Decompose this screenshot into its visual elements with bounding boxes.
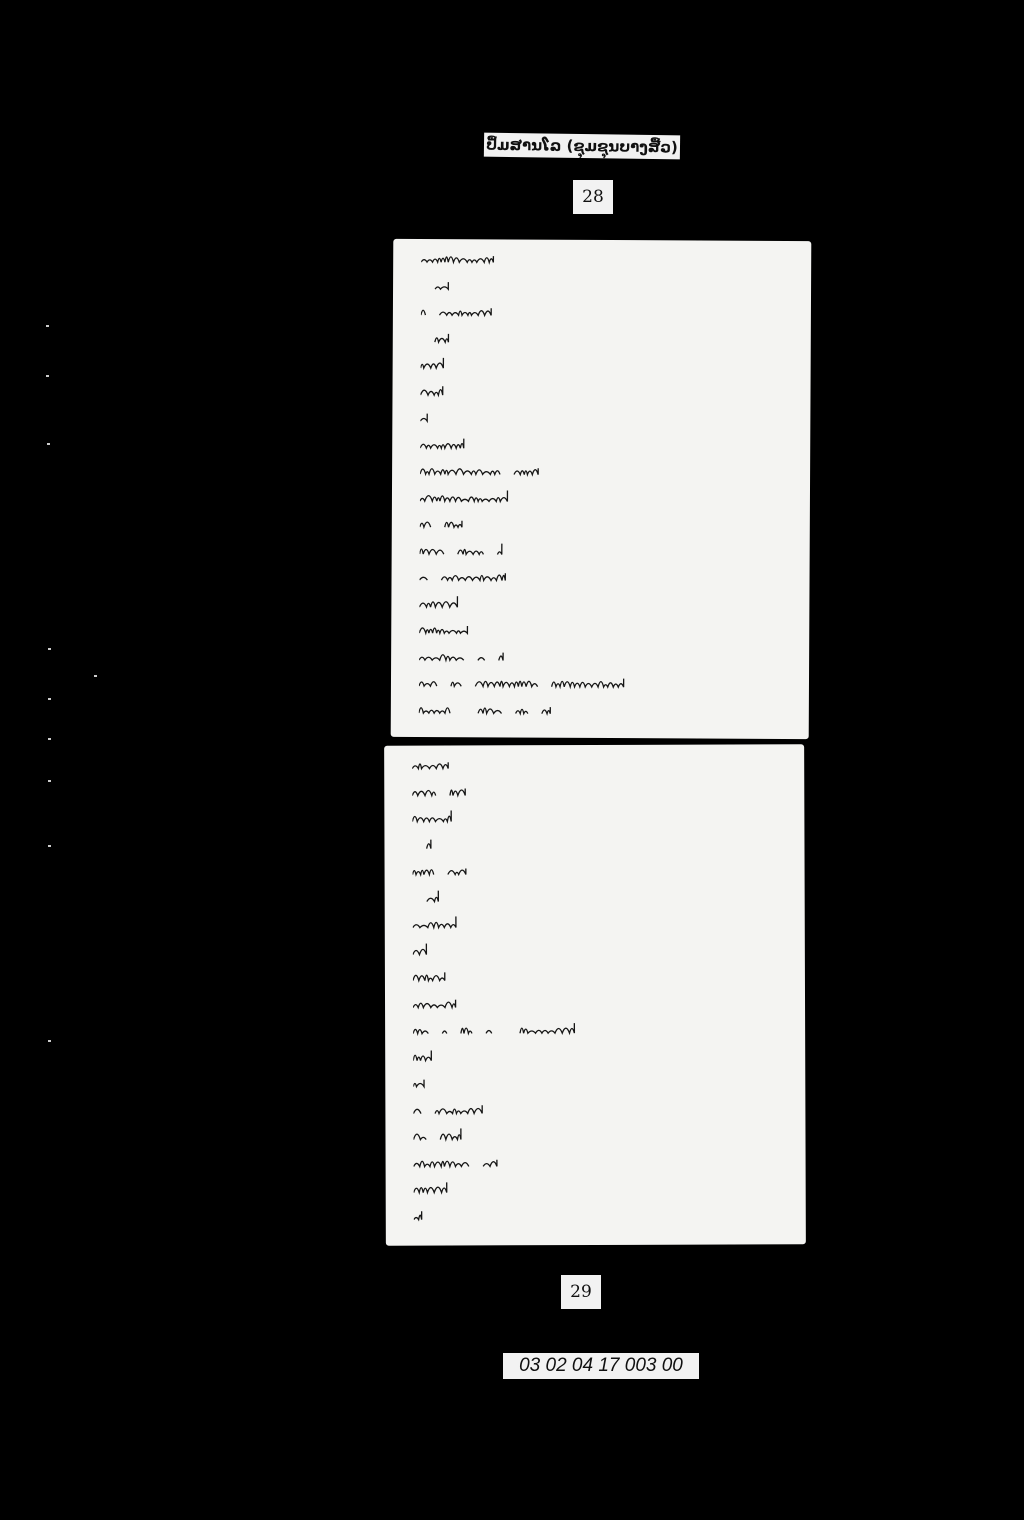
manuscript-text-line — [419, 659, 791, 663]
manuscript-text-line — [413, 1031, 787, 1034]
page-number-top: 28 — [573, 180, 613, 214]
manuscript-text-line — [413, 872, 787, 875]
manuscript-text-line — [413, 1058, 787, 1061]
manuscript-text-line — [420, 526, 792, 530]
manuscript-text-line — [414, 1164, 788, 1167]
manuscript-leaf-bottom — [384, 744, 806, 1245]
manuscript-text-line — [414, 1137, 788, 1140]
manuscript-text-line — [421, 341, 793, 345]
manuscript-text-line — [412, 793, 786, 796]
manuscript-text-line — [413, 1111, 787, 1114]
manuscript-text-line — [412, 819, 786, 822]
manuscript-text-line — [420, 447, 792, 451]
manuscript-text-line — [414, 1217, 788, 1220]
manuscript-text-line — [413, 925, 787, 928]
manuscript-text-line — [420, 500, 792, 504]
manuscript-text-line — [421, 367, 793, 371]
manuscript-title-label: ປຶ້ມສານໂລ (ຊຸມຊຸນບາງສື້ວ) — [484, 133, 680, 160]
page-number-bottom: 29 — [561, 1275, 601, 1309]
manuscript-text-line — [413, 952, 787, 955]
manuscript-text-line — [413, 1005, 787, 1008]
manuscript-leaf-top — [391, 239, 812, 739]
manuscript-text-line — [413, 1084, 787, 1087]
manuscript-text-line — [412, 846, 786, 849]
manuscript-text-line — [420, 420, 792, 424]
manuscript-text-line — [421, 314, 793, 318]
reference-code-label: 03 02 04 17 003 00 — [503, 1353, 699, 1379]
manuscript-text-line — [421, 261, 793, 265]
manuscript-text-line — [419, 606, 791, 610]
manuscript-text-line — [420, 394, 792, 398]
manuscript-text-line — [419, 632, 791, 636]
manuscript-text-line — [420, 473, 792, 477]
manuscript-text-line — [413, 899, 787, 902]
manuscript-text-line — [419, 712, 791, 716]
manuscript-text-line — [412, 766, 786, 769]
manuscript-text-line — [414, 1190, 788, 1193]
manuscript-text-line — [420, 553, 792, 557]
manuscript-text-line — [413, 978, 787, 981]
manuscript-text-line — [421, 288, 793, 292]
manuscript-text-line — [420, 579, 792, 583]
manuscript-text-line — [419, 685, 791, 689]
